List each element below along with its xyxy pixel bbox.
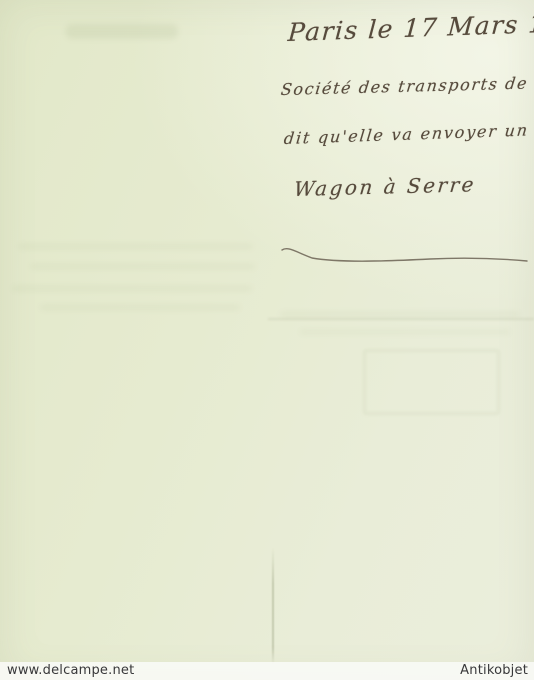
verso-showthrough-line xyxy=(280,312,520,317)
pen-flourish-underline xyxy=(0,0,534,680)
verso-showthrough-line xyxy=(40,305,240,310)
watermark-bar: www.delcampe.net Antikobjet xyxy=(0,662,534,680)
verso-showthrough-line xyxy=(12,286,252,291)
watermark-delcampe: www.delcampe.net xyxy=(7,662,134,680)
verso-showthrough-text xyxy=(66,24,178,39)
verso-showthrough-line xyxy=(30,264,255,269)
verso-showthrough-line xyxy=(18,244,253,249)
handwritten-line-wagon: Wagon à Serre xyxy=(293,172,477,201)
paper-crease-horizontal xyxy=(268,318,534,320)
verso-showthrough-line xyxy=(300,330,510,334)
handwritten-dateline: Paris le 17 Mars 1890- xyxy=(287,7,534,47)
letter-scan: Paris le 17 Mars 1890- Société des trans… xyxy=(0,0,534,680)
handwritten-line-message: dit qu'elle va envoyer un xyxy=(283,120,530,148)
handwritten-line-company: Société des transports de liquide xyxy=(280,72,534,99)
verso-showthrough-stamp-box xyxy=(364,350,499,414)
paper-fold-crease xyxy=(272,548,274,665)
watermark-antikobjet: Antikobjet xyxy=(460,662,528,680)
